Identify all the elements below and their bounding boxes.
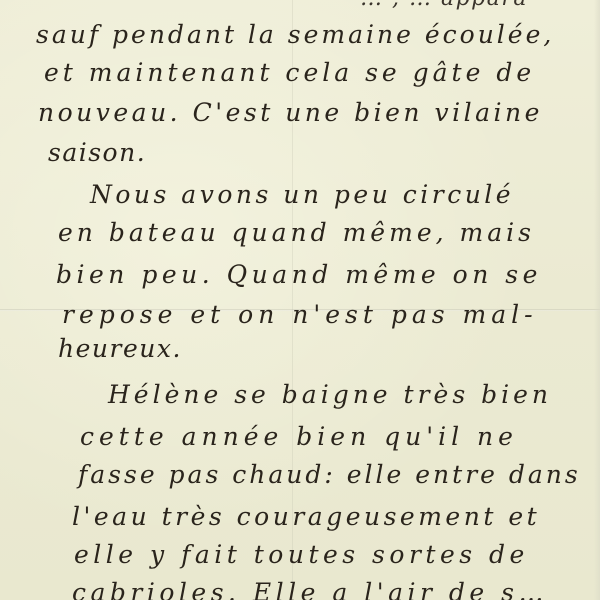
letter-line-5: Nous avons un peu circulé — [90, 180, 514, 209]
letter-line-13: l'eau très courageusement et — [72, 502, 540, 531]
letter-line-6: en bateau quand même, mais — [58, 218, 535, 247]
letter-line-7: bien peu. Quand même on se — [56, 260, 542, 289]
letter-line-14: elle y fait toutes sortes de — [74, 540, 529, 569]
letter-line-9: heureux. — [58, 334, 182, 363]
letter-line-1: sauf pendant la semaine écoulée, — [36, 20, 554, 49]
paper-edge — [594, 0, 600, 600]
letter-line-12: fasse pas chaud: elle entre dans — [78, 460, 581, 489]
letter-line-0: … , … appara — [360, 0, 528, 11]
letter-line-15: cabrioles. Elle a l'air de s… — [72, 578, 548, 600]
letter-line-2: et maintenant cela se gâte de — [44, 58, 535, 87]
letter-page: … , … appara sauf pendant la semaine éco… — [0, 0, 600, 600]
letter-line-11: cette année bien qu'il ne — [80, 422, 518, 451]
letter-line-8: repose et on n'est pas mal- — [62, 300, 538, 329]
letter-line-4: saison. — [48, 138, 146, 167]
letter-line-10: Hélène se baigne très bien — [108, 380, 552, 409]
letter-line-3: nouveau. C'est une bien vilaine — [38, 98, 543, 127]
